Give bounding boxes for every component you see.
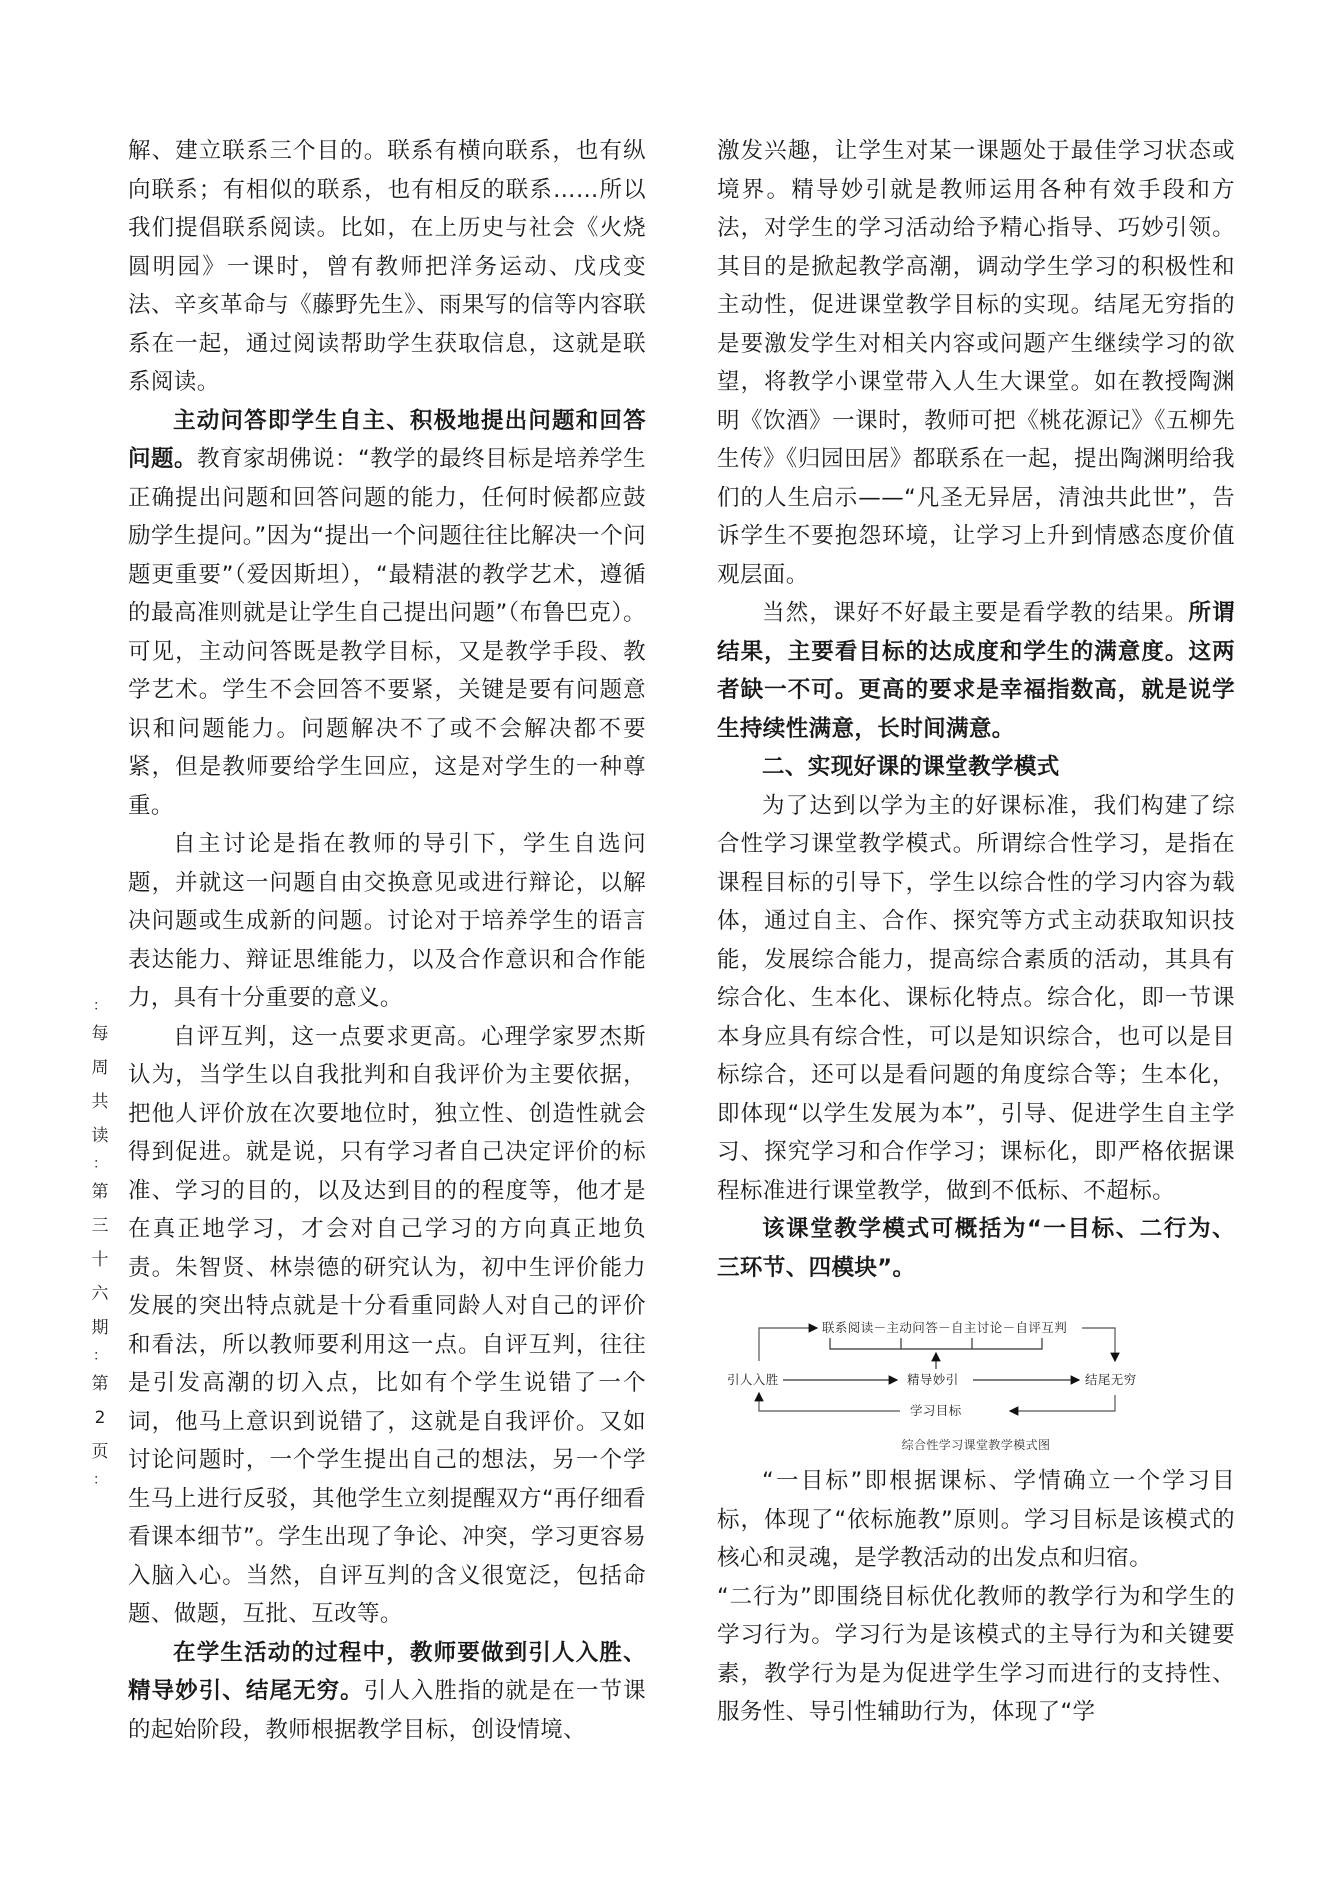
diagram-goal-label: 学习目标 bbox=[910, 1403, 962, 1419]
side-char: 读 bbox=[92, 1119, 109, 1153]
paragraph-continuation: 激发兴趣，让学生对某一课题处于最佳学习状态或境界。精导妙引就是教师运用各种有效手… bbox=[717, 132, 1235, 594]
paragraph-two-behaviors: “二行为”即围绕目标优化教师的教学行为和学生的学习行为。学习行为是该模式的主导行… bbox=[717, 1578, 1235, 1732]
teaching-model-diagram: 联系阅读－主动问答－自主讨论－自评互判 引人入胜 精导妙引 结尾无穷 学习目标 … bbox=[717, 1301, 1235, 1456]
side-char: 周 bbox=[92, 1051, 109, 1085]
paragraph-linked-reading: 解、建立联系三个目的。联系有横向联系，也有纵向联系；有相似的联系，也有相反的联系… bbox=[128, 132, 646, 402]
paragraph-teacher-role: 在学生活动的过程中，教师要做到引人入胜、精导妙引、结尾无穷。引人入胜指的就是在一… bbox=[128, 1634, 646, 1750]
side-char: 六 bbox=[92, 1277, 109, 1311]
paragraph-one-goal: “一目标”即根据课标、学情确立一个学习目标，体现了“依标施教”原则。学习目标是该… bbox=[717, 1462, 1235, 1578]
side-char: ： bbox=[93, 995, 107, 1017]
diagram-start-label: 引人入胜 bbox=[727, 1372, 779, 1388]
diagram-modules-label: 联系阅读－主动问答－自主讨论－自评互判 bbox=[822, 1320, 1067, 1336]
paragraph-model-summary: 该课堂教学模式可概括为“一目标、二行为、三环节、四模块”。 bbox=[717, 1210, 1235, 1287]
diagram-middle-label: 精导妙引 bbox=[907, 1372, 959, 1388]
left-column: 解、建立联系三个目的。联系有横向联系，也有纵向联系；有相似的联系，也有相反的联系… bbox=[128, 132, 646, 1749]
side-char: 2 bbox=[95, 1401, 106, 1435]
vertical-margin-label: ： 每 周 共 读 ： 第 三 十 六 期 ： 第 2 页 ： bbox=[86, 995, 114, 1491]
side-char: 第 bbox=[92, 1367, 109, 1401]
side-char: 共 bbox=[92, 1085, 109, 1119]
right-column: 激发兴趣，让学生对某一课题处于最佳学习状态或境界。精导妙引就是教师运用各种有效手… bbox=[717, 132, 1235, 1732]
paragraph-active-qa: 主动问答即学生自主、积极地提出问题和回答问题。教育家胡佛说：“教学的最终目标是培… bbox=[128, 402, 646, 826]
diagram-end-label: 结尾无穷 bbox=[1085, 1372, 1137, 1388]
paragraph-model-intro: 为了达到以学为主的好课标准，我们构建了综合性学习课堂教学模式。所谓综合性学习，是… bbox=[717, 787, 1235, 1211]
side-char: 期 bbox=[92, 1311, 109, 1345]
side-char: 十 bbox=[92, 1243, 109, 1277]
paragraph-self-discussion: 自主讨论是指在教师的导引下，学生自选问题，并就这一问题自由交换意见或进行辩论，以… bbox=[128, 825, 646, 1018]
paragraph-text: 当然，课好不好最主要是看学教的结果。 bbox=[762, 600, 1188, 626]
side-char: ： bbox=[93, 1469, 107, 1491]
side-char: 页 bbox=[92, 1435, 109, 1469]
side-char: ： bbox=[93, 1153, 107, 1175]
side-char: ： bbox=[93, 1345, 107, 1367]
paragraph-results: 当然，课好不好最主要是看学教的结果。所谓结果，主要看目标的达成度和学生的满意度。… bbox=[717, 594, 1235, 748]
paragraph-text: 教育家胡佛说：“教学的最终目标是培养学生正确提出问题和回答问题的能力，任何时候都… bbox=[128, 446, 646, 819]
side-char: 第 bbox=[92, 1175, 109, 1209]
side-char: 三 bbox=[92, 1209, 109, 1243]
section-heading: 二、实现好课的课堂教学模式 bbox=[717, 748, 1235, 787]
side-char: 每 bbox=[92, 1017, 109, 1051]
paragraph-self-evaluation: 自评互判，这一点要求更高。心理学家罗杰斯认为，当学生以自我批判和自我评价为主要依… bbox=[128, 1018, 646, 1634]
diagram-caption: 综合性学习课堂教学模式图 bbox=[717, 1437, 1235, 1453]
